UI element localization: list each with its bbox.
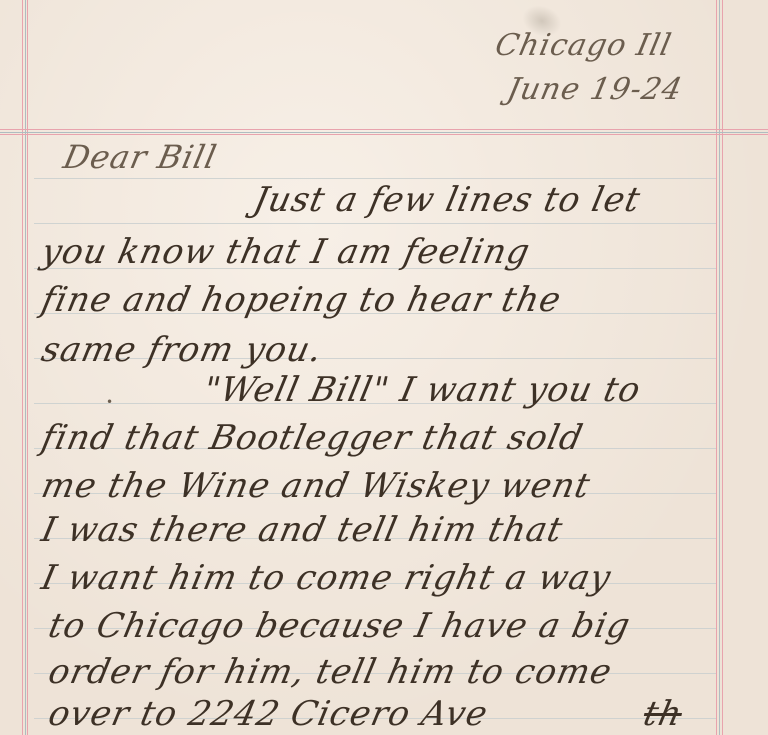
letter-line-8: I was there and tell him that: [38, 510, 567, 550]
left-margin-line-pink: [22, 0, 23, 735]
letter-place: Chicago Ill: [492, 28, 675, 63]
letter-line-11: order for him, tell him to come: [45, 652, 616, 692]
left-margin-line-pink-2: [27, 0, 28, 735]
right-margin-line-pink: [716, 0, 717, 735]
salutation: Dear Bill: [60, 138, 220, 176]
header-rule-pink: [0, 129, 768, 130]
letter-line-6: find that Bootlegger that sold: [38, 418, 587, 458]
right-margin-line-pink-2: [722, 0, 723, 735]
letter-line-10: to Chicago because I have a big: [45, 606, 634, 646]
letter-line-2: you know that I am feeling: [38, 232, 534, 272]
left-margin-line-gray: [25, 0, 26, 735]
stray-mark: •: [106, 395, 113, 409]
letter-line-3: fine and hopeing to hear the: [38, 280, 565, 320]
letter-line-7: me the Wine and Wiskey went: [38, 466, 594, 506]
letter-line-12: over to 2242 Cicero Ave: [45, 694, 492, 734]
header-rule-gray: [0, 132, 768, 133]
letter-line-5: "Well Bill" I want you to: [200, 370, 645, 410]
struck-text: th: [640, 694, 686, 734]
letter-line-4: same from you.: [38, 330, 326, 370]
header-rule-pink-2: [0, 134, 768, 135]
ruled-line: [34, 223, 716, 224]
ruled-line: [34, 178, 716, 179]
letter-date: June 19-24: [504, 72, 686, 107]
right-margin-line-gray: [719, 0, 720, 735]
letter-line-9: I want him to come right a way: [38, 558, 615, 598]
letter-line-1: Just a few lines to let: [250, 180, 644, 220]
letter-paper: Chicago Ill June 19-24 Dear Bill Just a …: [0, 0, 768, 735]
